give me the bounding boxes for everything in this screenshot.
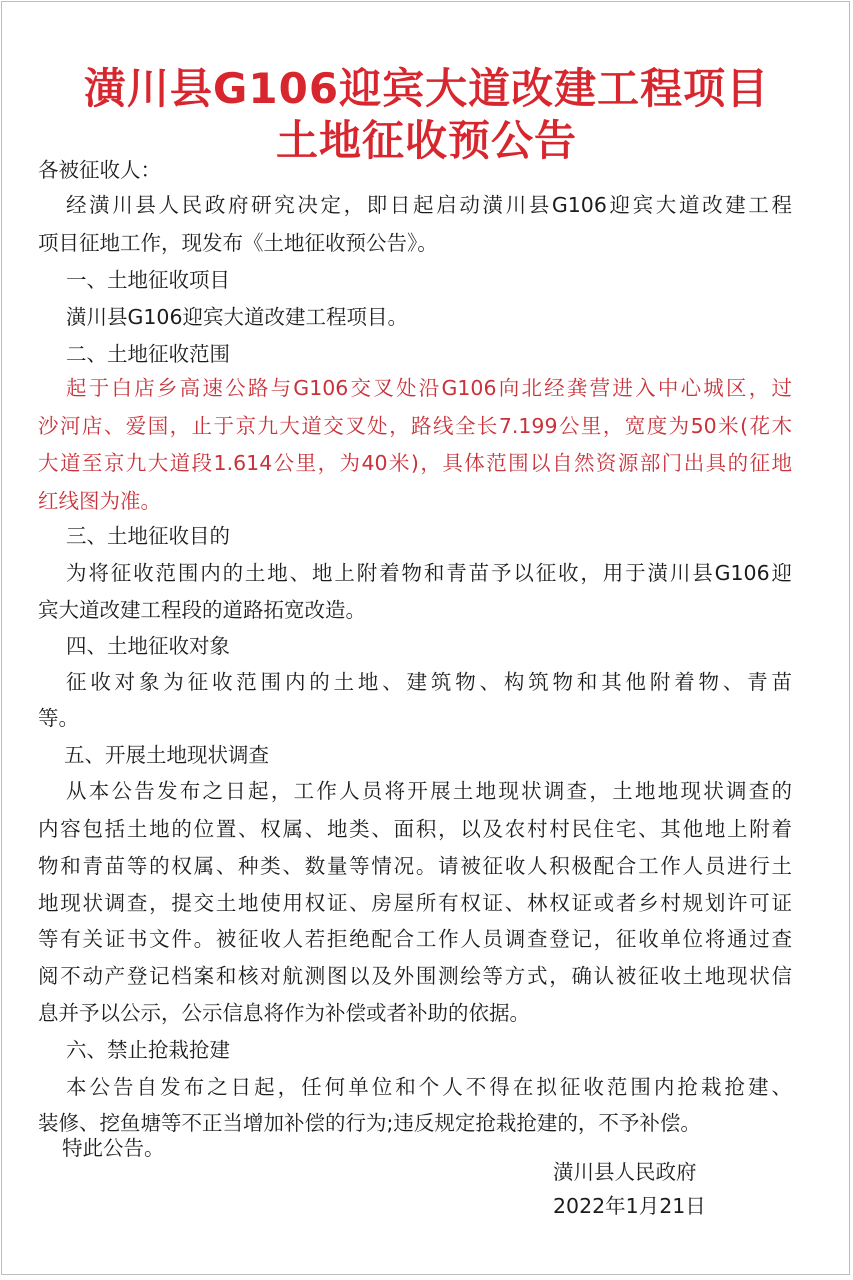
section-2-line-3: 大道至京九大道段1.614公里，为40米)，具体范围以自然资源部门出具的征地 xyxy=(38,449,792,477)
issuer-signature: 潢川县人民政府 xyxy=(553,1158,697,1186)
intro-line-2: 项目征地工作，现发布《土地征收预公告》。 xyxy=(38,229,438,257)
section-5-heading: 五、开展土地现状调查 xyxy=(64,741,269,769)
section-5-line-2: 内容包括土地的位置、权属、地类、面积，以及农村村民住宅、其他地上附着 xyxy=(38,815,792,843)
section-5-line-5: 等有关证书文件。被征收人若拒绝配合工作人员调查登记，征收单位将通过查 xyxy=(38,925,792,953)
section-4-line-2: 等。 xyxy=(38,704,79,732)
document-title-line1: 潢川县G106迎宾大道改建工程项目 xyxy=(0,60,853,118)
section-2-heading: 二、土地征收范围 xyxy=(66,340,230,368)
section-4-heading: 四、土地征收对象 xyxy=(66,632,230,660)
section-5-line-7: 息并予以公示，公示信息将作为补偿或者补助的依据。 xyxy=(38,999,530,1027)
closing-remark: 特此公告。 xyxy=(62,1134,165,1162)
section-2-line-1: 起于白店乡高速公路与G106交叉处沿G106向北经龚营进入中心城区，过 xyxy=(66,374,792,402)
salutation: 各被征收人： xyxy=(38,156,161,184)
section-3-heading: 三、土地征收目的 xyxy=(66,522,230,550)
section-1-heading: 一、土地征收项目 xyxy=(66,266,230,294)
section-3-line-2: 宾大道改建工程段的道路拓宽改造。 xyxy=(38,596,366,624)
section-2-line-2: 沙河店、爱国，止于京九大道交叉处，路线全长7.199公里，宽度为50米(花木 xyxy=(38,412,792,440)
section-6-line-1: 本公告自发布之日起，任何单位和个人不得在拟征收范围内抢栽抢建、 xyxy=(66,1073,792,1101)
intro-line-1: 经潢川县人民政府研究决定，即日起启动潢川县G106迎宾大道改建工程 xyxy=(66,191,792,219)
section-5-line-4: 地现状调查，提交土地使用权证、房屋所有权证、林权证或者乡村规划许可证 xyxy=(38,889,792,917)
section-4-line-1: 征收对象为征收范围内的土地、建筑物、构筑物和其他附着物、青苗 xyxy=(66,668,792,696)
section-1-text: 潢川县G106迎宾大道改建工程项目。 xyxy=(66,303,408,331)
issue-date: 2022年1月21日 xyxy=(553,1192,706,1220)
section-6-heading: 六、禁止抢栽抢建 xyxy=(66,1036,230,1064)
section-3-line-1: 为将征收范围内的土地、地上附着物和青苗予以征收，用于潢川县G106迎 xyxy=(66,559,792,587)
section-6-line-2: 装修、挖鱼塘等不正当增加补偿的行为;违反规定抢栽抢建的，不予补偿。 xyxy=(38,1109,701,1137)
section-5-line-3: 物和青苗等的权属、种类、数量等情况。请被征收人积极配合工作人员进行土 xyxy=(38,852,792,880)
section-5-line-1: 从本公告发布之日起，工作人员将开展土地现状调查，土地地现状调查的 xyxy=(66,777,792,805)
section-5-line-6: 阅不动产登记档案和核对航测图以及外围测绘等方式，确认被征收土地现状信 xyxy=(38,962,792,990)
section-2-line-4: 红线图为准。 xyxy=(38,487,161,515)
